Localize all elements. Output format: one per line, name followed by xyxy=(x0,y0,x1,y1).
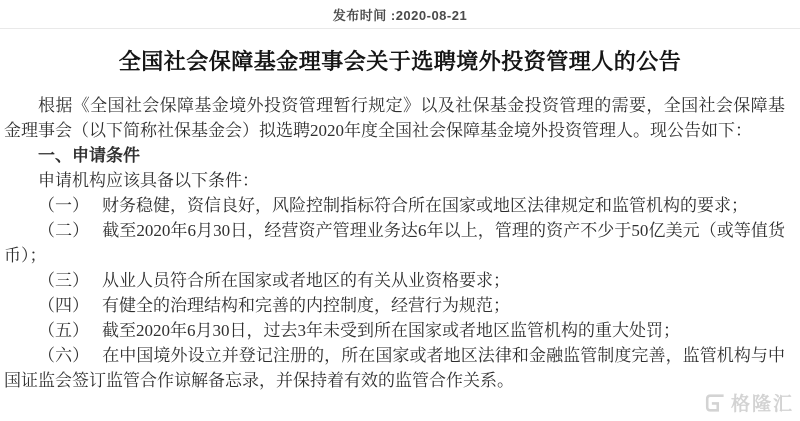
condition-text: 有健全的治理结构和完善的内控制度，经营行为规范； xyxy=(102,296,510,315)
intro-paragraph: 根据《全国社会保障基金境外投资管理暂行规定》以及社保基金投资管理的需要，全国社会… xyxy=(4,93,785,143)
publish-time-label: 发布时间 :2020-08-21 xyxy=(0,0,800,24)
condition-item: （六）在中国境外设立并登记注册的，所在国家或者地区法律和金融监管制度完善，监管机… xyxy=(4,343,785,393)
condition-marker: （六） xyxy=(38,346,89,365)
condition-text: 在中国境外设立并登记注册的，所在国家或者地区法律和金融监管制度完善，监管机构与中… xyxy=(4,346,785,390)
condition-text: 截至2020年6月30日，过去3年未受到所在国家或者地区监管机构的重大处罚； xyxy=(102,321,680,340)
watermark-brand-text: 格隆汇 xyxy=(731,389,794,416)
condition-marker: （五） xyxy=(38,321,89,340)
section-heading: 一、申请条件 xyxy=(4,143,785,168)
condition-marker: （二） xyxy=(38,221,89,240)
page-title: 全国社会保障基金理事会关于选聘境外投资管理人的公告 xyxy=(0,45,800,76)
condition-marker: （三） xyxy=(38,271,89,290)
article-body: 根据《全国社会保障基金境外投资管理暂行规定》以及社保基金投资管理的需要，全国社会… xyxy=(4,93,785,393)
condition-marker: （四） xyxy=(38,296,89,315)
announcement-page: 发布时间 :2020-08-21 全国社会保障基金理事会关于选聘境外投资管理人的… xyxy=(0,0,800,421)
header-divider xyxy=(0,28,800,29)
condition-item: （三）从业人员符合所在国家或者地区的有关从业资格要求； xyxy=(4,268,785,293)
condition-item: （一）财务稳健，资信良好，风险控制指标符合所在国家或地区法律规定和监管机构的要求… xyxy=(4,193,785,218)
gelonghui-g-logo-icon xyxy=(704,392,726,414)
gelonghui-watermark: 格隆汇 xyxy=(704,389,794,416)
condition-item: （四）有健全的治理结构和完善的内控制度，经营行为规范； xyxy=(4,293,785,318)
condition-marker: （一） xyxy=(38,196,89,215)
condition-text: 财务稳健，资信良好，风险控制指标符合所在国家或地区法律规定和监管机构的要求； xyxy=(102,196,748,215)
condition-text: 截至2020年6月30日，经营资产管理业务达6年以上，管理的资产不少于50亿美元… xyxy=(4,221,785,265)
condition-text: 从业人员符合所在国家或者地区的有关从业资格要求； xyxy=(102,271,510,290)
condition-item: （五）截至2020年6月30日，过去3年未受到所在国家或者地区监管机构的重大处罚… xyxy=(4,318,785,343)
condition-item: （二）截至2020年6月30日，经营资产管理业务达6年以上，管理的资产不少于50… xyxy=(4,218,785,268)
lead-in-paragraph: 申请机构应该具备以下条件： xyxy=(4,168,785,193)
